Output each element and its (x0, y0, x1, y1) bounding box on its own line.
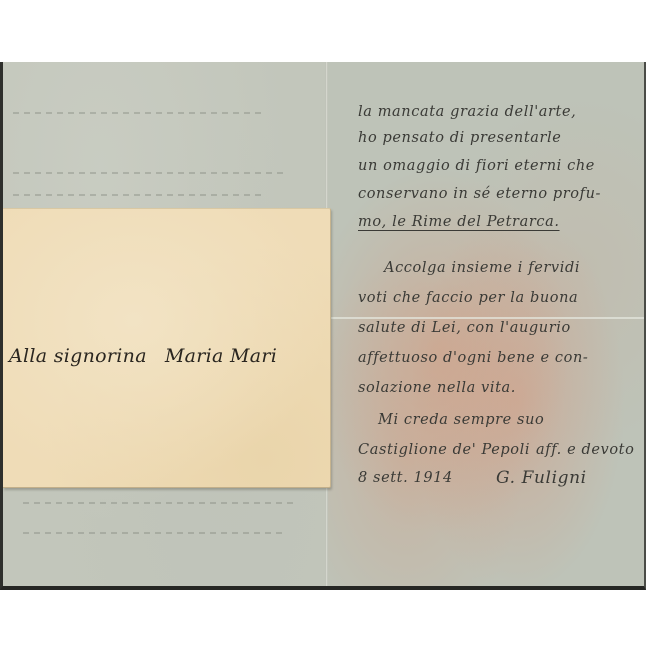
letter-place: Castiglione de' Pepoli (358, 442, 530, 458)
letter-line: solazione nella vita. (358, 380, 516, 396)
letter-line: affettuoso d'ogni bene e con- (358, 350, 588, 366)
faded-writing-line (13, 194, 263, 196)
letter-line: ho pensato di presentarle (358, 130, 561, 146)
faded-writing-line (23, 502, 293, 504)
document-scan: Alla signorinaMaria Mari la mancata graz… (0, 62, 646, 590)
letter-signature: G. Fuligni (496, 468, 587, 488)
letter-line: un omaggio di fiori eterni che (358, 158, 595, 174)
letter-line: conservano in sé eterno profu- (358, 186, 601, 202)
letter-line: salute di Lei, con l'augurio (358, 320, 571, 336)
letter-closing: Mi creda sempre suo (378, 412, 544, 428)
card-salutation: Alla signorina (9, 345, 147, 367)
card-recipient: Maria Mari (165, 345, 277, 367)
faded-writing-line (23, 532, 283, 534)
letter-line: Accolga insieme i fervidi (384, 260, 580, 276)
paper-crease (328, 317, 644, 319)
card-address: Alla signorinaMaria Mari (9, 345, 277, 367)
letter-line: la mancata grazia dell'arte, (358, 104, 576, 120)
calling-card: Alla signorinaMaria Mari (3, 208, 331, 488)
faded-writing-line (13, 112, 263, 114)
letter-line: voti che faccio per la buona (358, 290, 578, 306)
letter-sign-off: aff. e devoto (536, 442, 634, 458)
letter-date: 8 sett. 1914 (358, 470, 453, 486)
letter-line-title: mo, le Rime del Petrarca. (358, 214, 560, 230)
faded-writing-line (13, 172, 283, 174)
